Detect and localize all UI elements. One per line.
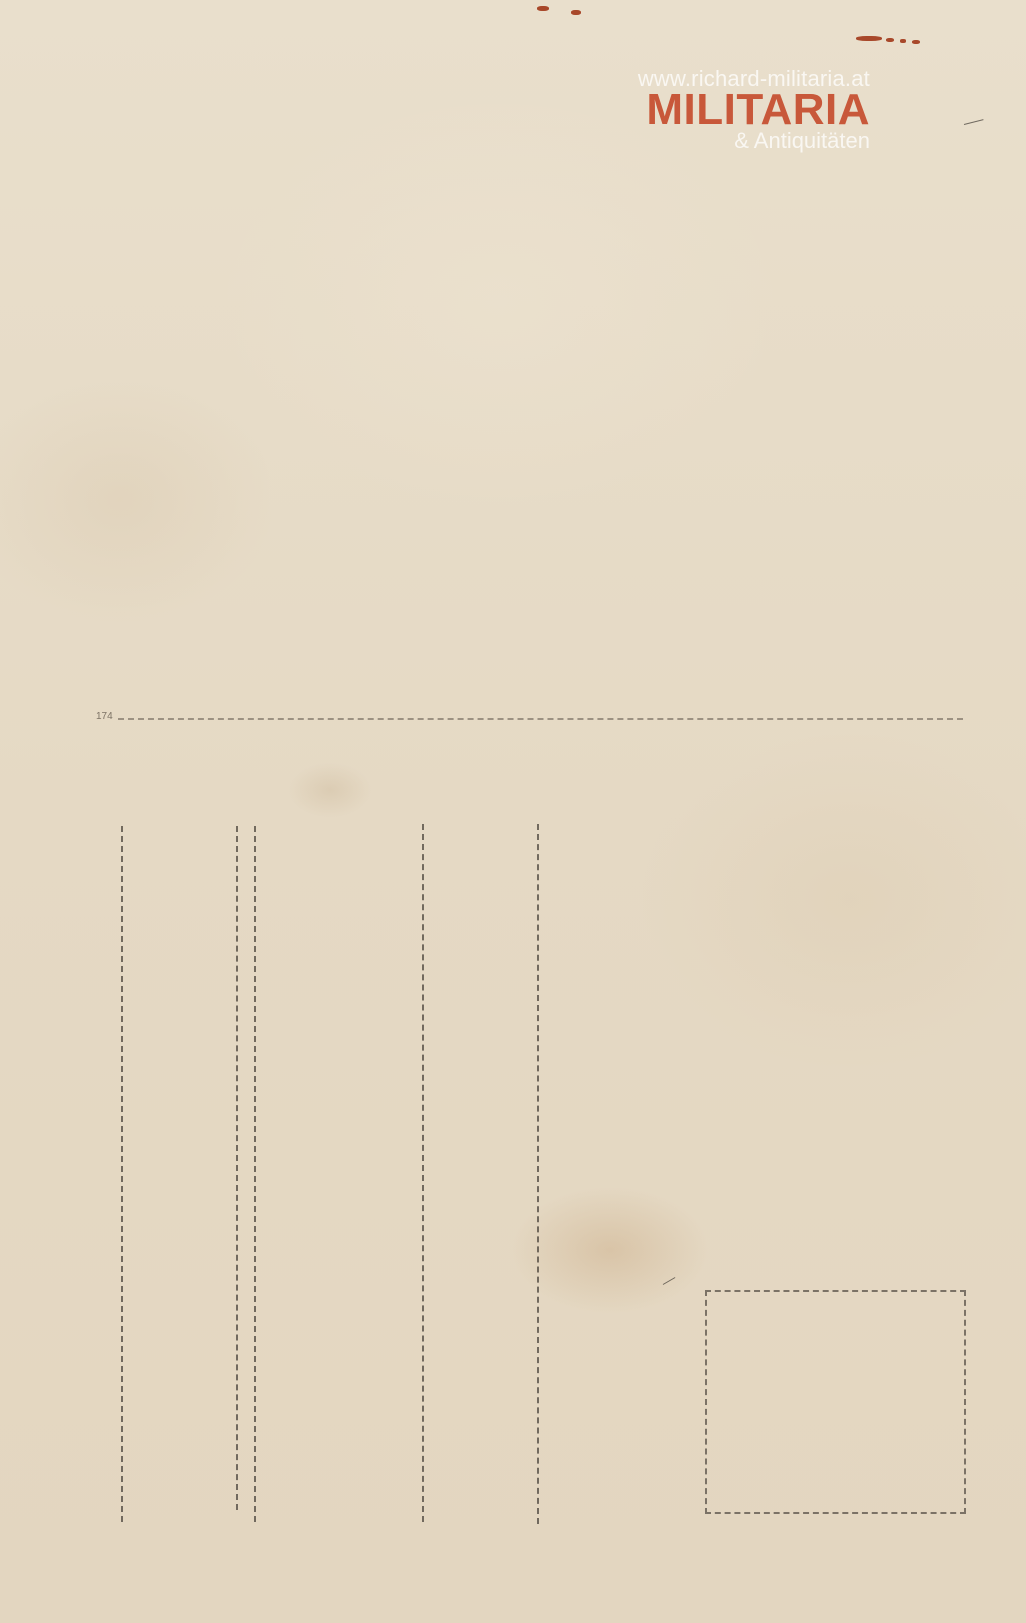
address-line-1 (121, 826, 123, 1522)
watermark: www.richard-militaria.at MILITARIA & Ant… (560, 68, 870, 152)
address-line-2 (236, 826, 238, 1510)
stamp-box (705, 1290, 966, 1514)
message-address-divider (118, 718, 963, 720)
address-line-4 (422, 824, 424, 1522)
address-line-3 (254, 826, 256, 1522)
address-line-5 (537, 824, 539, 1524)
watermark-brand: MILITARIA (560, 90, 870, 130)
divider-mark: 174 (96, 711, 113, 722)
